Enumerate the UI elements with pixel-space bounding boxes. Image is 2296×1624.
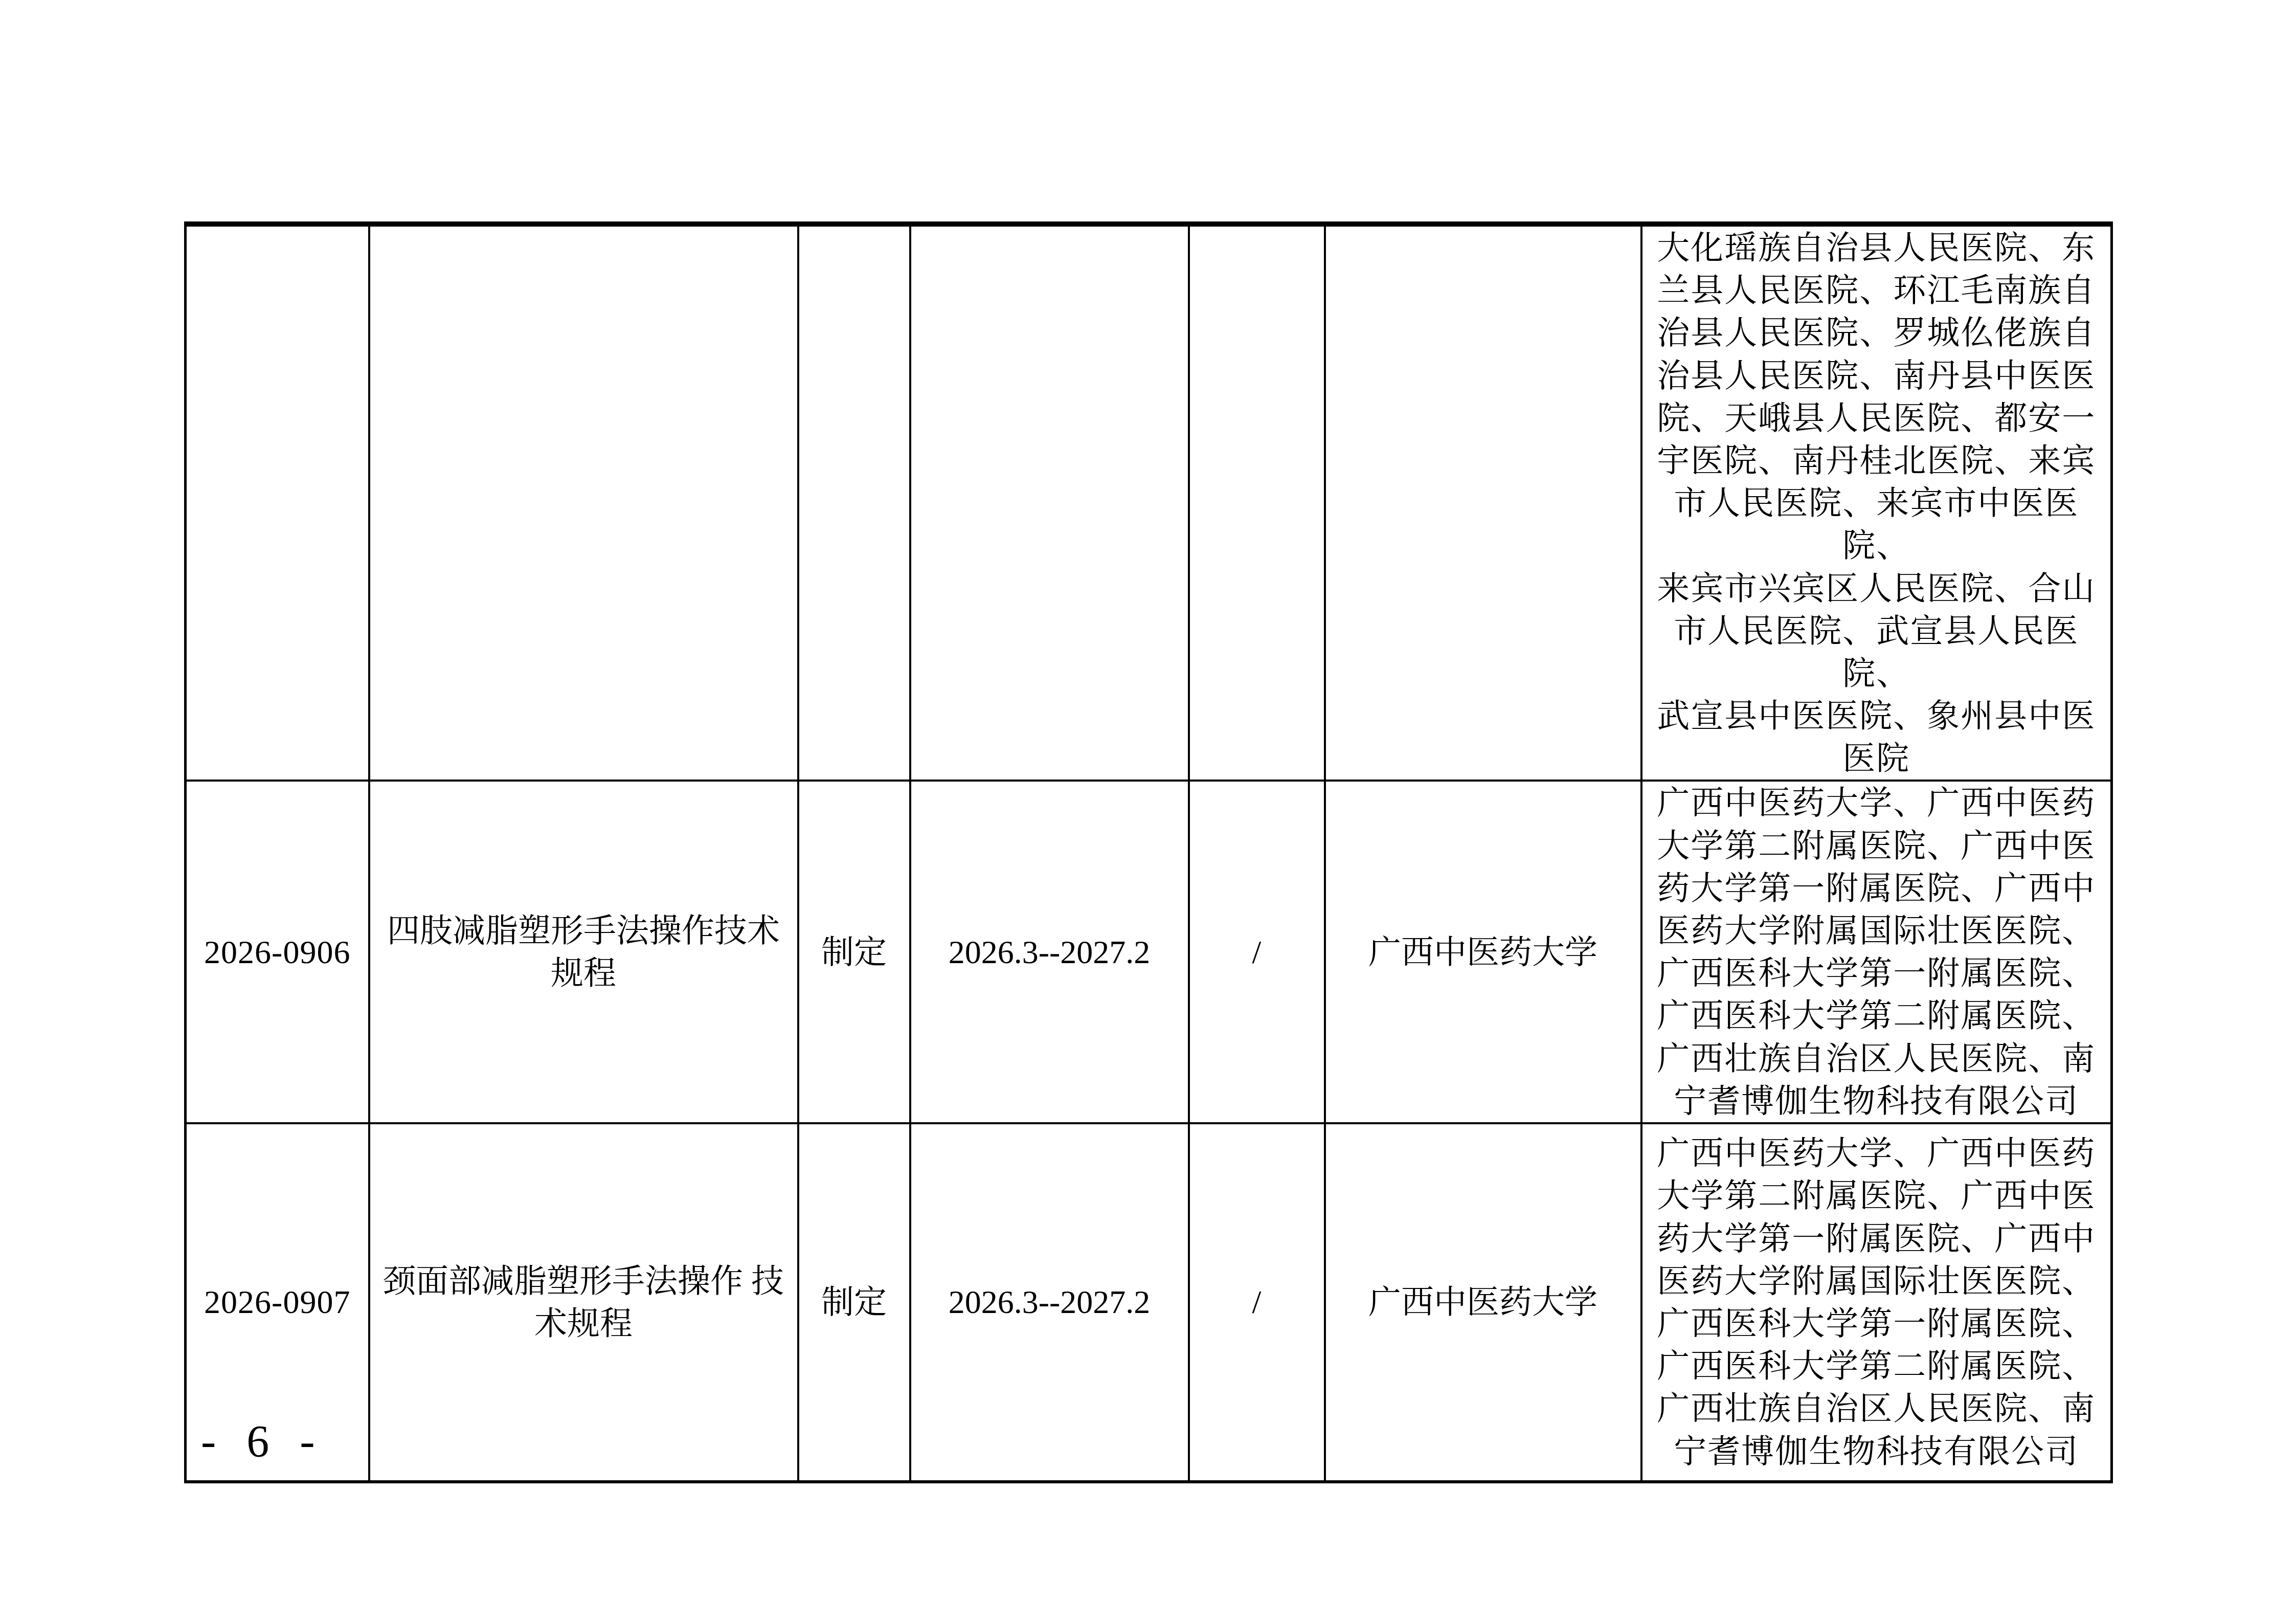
- lead-org-cell: 广西中医药大学: [1325, 1123, 1641, 1482]
- lead-org-cell: 广西中医药大学: [1325, 781, 1641, 1123]
- lead-org-cell: [1325, 224, 1641, 781]
- table-row: 大化瑶族自治县人民医院、东 兰县人民医院、环江毛南族自 治县人民医院、罗城仫佬族…: [186, 224, 2112, 781]
- schedule-cell: [910, 224, 1189, 781]
- slash-cell: /: [1189, 1123, 1325, 1482]
- revision-type-cell: [798, 224, 910, 781]
- participants-cell: 大化瑶族自治县人民医院、东 兰县人民医院、环江毛南族自 治县人民医院、罗城仫佬族…: [1641, 224, 2112, 781]
- revision-type-cell: 制定: [798, 781, 910, 1123]
- standards-plan-table: 大化瑶族自治县人民医院、东 兰县人民医院、环江毛南族自 治县人民医院、罗城仫佬族…: [184, 221, 2113, 1483]
- project-id-cell: 2026-0906: [186, 781, 369, 1123]
- table-row: 2026-0907 颈面部减脂塑形手法操作 技术规程 制定 2026.3--20…: [186, 1123, 2112, 1482]
- project-title-cell: 颈面部减脂塑形手法操作 技术规程: [369, 1123, 798, 1482]
- table-row: 2026-0906 四肢减脂塑形手法操作技术 规程 制定 2026.3--202…: [186, 781, 2112, 1123]
- project-title-cell: 四肢减脂塑形手法操作技术 规程: [369, 781, 798, 1123]
- participants-cell: 广西中医药大学、广西中医药 大学第二附属医院、广西中医 药大学第一附属医院、广西…: [1641, 1123, 2112, 1482]
- project-title-cell: [369, 224, 798, 781]
- project-id-cell: [186, 224, 369, 781]
- revision-type-cell: 制定: [798, 1123, 910, 1482]
- participants-cell: 广西中医药大学、广西中医药 大学第二附属医院、广西中医 药大学第一附属医院、广西…: [1641, 781, 2112, 1123]
- slash-cell: /: [1189, 781, 1325, 1123]
- schedule-cell: 2026.3--2027.2: [910, 781, 1189, 1123]
- schedule-cell: 2026.3--2027.2: [910, 1123, 1189, 1482]
- document-page: 大化瑶族自治县人民医院、东 兰县人民医院、环江毛南族自 治县人民医院、罗城仫佬族…: [0, 0, 2296, 1624]
- page-number: - 6 -: [201, 1416, 318, 1467]
- slash-cell: [1189, 224, 1325, 781]
